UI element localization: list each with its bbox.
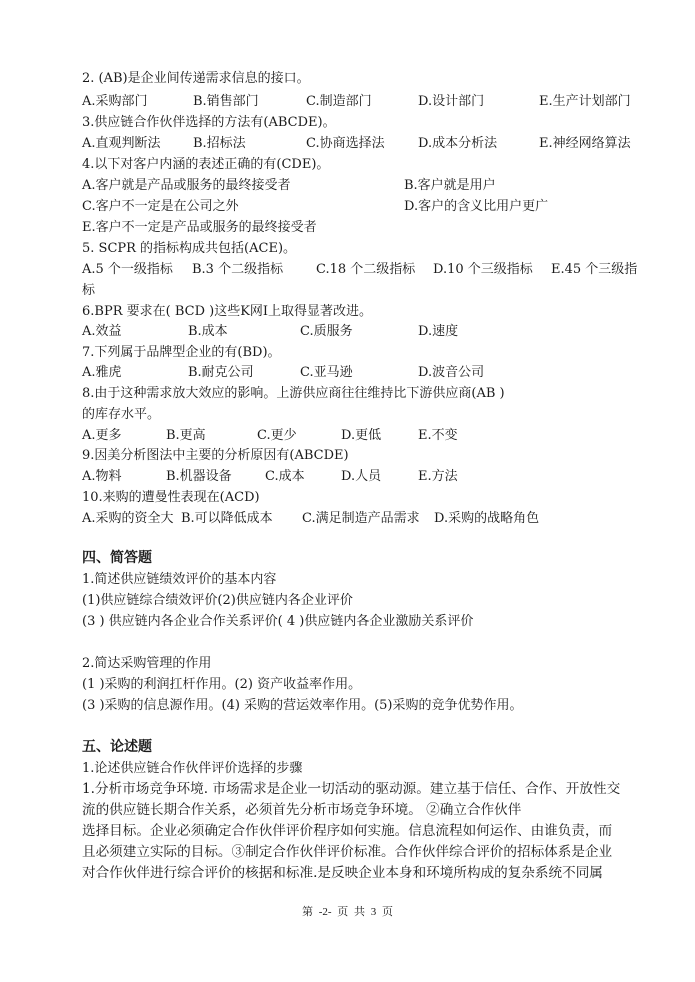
- section-5-q1-title: 1.论述供应链合作伙伴评价选择的步骤: [82, 760, 302, 777]
- question-9-option-d: D.人员: [341, 468, 381, 485]
- question-8-option-c: C.更少: [257, 427, 297, 444]
- question-8-option-a: A.更多: [82, 427, 122, 444]
- question-2-option-b: B.销售部门: [193, 93, 259, 110]
- question-5-option-e-wrap: 标: [82, 282, 95, 299]
- page-number-footer: 第 -2- 页 共 3 页: [0, 905, 695, 919]
- section-5-q1-answer-line-4: 且必须建立实际的目标。③制定合作伙伴评价标准。合作伙伴综合评价的招标体系是企业: [82, 844, 642, 861]
- question-2-option-e: E.生产计划部门: [539, 93, 631, 110]
- question-5-option-b: B.3 个二级指标: [192, 261, 283, 278]
- question-7-stem: 7.下列属于品牌型企业的有(BD)。: [82, 344, 281, 361]
- section-5-q1-answer-line-2: 流的供应链长期合作关系，必须首先分析市场竞争环境。 ②确立合作伙伴: [82, 802, 642, 819]
- question-6-option-d: D.速度: [418, 323, 458, 340]
- section-4-q1-title: 1.简述供应链绩效评价的基本内容: [82, 571, 276, 588]
- question-4-option-a: A.客户就是产品或服务的最终接受者: [82, 177, 291, 194]
- section-4-q2-answer-line-1: (1 )采购的利润扛杆作用。(2) 资产收益率作用。: [82, 676, 361, 693]
- question-6-option-c: C.质服务: [300, 323, 353, 340]
- question-6-option-a: A.效益: [82, 323, 122, 340]
- question-3-option-b: B.招标法: [193, 135, 246, 152]
- question-10-option-c: C.满足制造产品需求: [302, 510, 420, 527]
- question-10-option-b: B.可以降低成本: [181, 510, 273, 527]
- section-4-q2-title: 2.简达采购管理的作用: [82, 655, 211, 672]
- question-6-option-b: B.成本: [188, 323, 228, 340]
- question-9-option-b: B.机器设备: [166, 468, 232, 485]
- question-4-option-d: D.客户的含义比用户更广: [404, 198, 548, 215]
- question-3-stem: 3.供应链合作伙伴选择的方法有(ABCDE)。: [82, 114, 336, 131]
- question-9-option-a: A.物料: [82, 468, 122, 485]
- question-7-option-b: B.耐克公司: [188, 364, 254, 381]
- section-4-q1-answer-line-2: (3 ) 供应链内各企业合作关系评价( 4 )供应链内各企业激励关系评价: [82, 613, 473, 630]
- document-page: 2. (AB)是企业间传递需求信息的接口。 A.采购部门 B.销售部门 C.制造…: [0, 0, 695, 982]
- question-8-stem: 8.由于这种需求放大效应的影响。上游供应商往往维持比下游供应商(AB ): [82, 385, 505, 402]
- section-5-q1-answer-line-5: 对合作伙伴进行综合评价的核据和标准.是反映企业本身和环境所构成的复杂系统不同属: [82, 865, 642, 882]
- question-7-option-a: A.雅虎: [82, 364, 122, 381]
- question-4-option-b: B.客户就是用户: [404, 177, 496, 194]
- question-2-option-d: D.设计部门: [418, 93, 484, 110]
- section-4-heading: 四、简答题: [82, 549, 152, 567]
- section-4-q1-answer-line-1: (1)供应链综合绩效评价(2)供应链内各企业评价: [82, 592, 353, 609]
- question-8-stem-continued: 的库存水平。: [82, 406, 160, 423]
- question-5-option-e: E.45 个三级指: [551, 261, 637, 278]
- section-4-q2-answer-line-2: (3 )采购的信息源作用。(4) 采购的营运效率作用。(5)采购的竞争优势作用。: [82, 697, 523, 714]
- question-3-option-d: D.成本分析法: [418, 135, 497, 152]
- question-6-stem: 6.BPR 要求在( BCD )这些K网I上取得显著改进。: [82, 303, 372, 320]
- question-2-option-c: C.制造部门: [306, 93, 372, 110]
- question-8-option-d: D.更低: [341, 427, 381, 444]
- question-7-option-c: C.亚马逊: [300, 364, 353, 381]
- question-3-option-e: E.神经网络算法: [539, 135, 631, 152]
- question-7-option-d: D.波音公司: [418, 364, 484, 381]
- section-5-heading: 五、论述题: [82, 738, 152, 756]
- question-5-stem: 5. SCPR 的指标构成共包括(ACE)。: [82, 240, 296, 257]
- question-8-option-b: B.更高: [166, 427, 206, 444]
- question-4-option-e: E.客户不一定是产品或服务的最终接受者: [82, 219, 317, 236]
- question-3-option-a: A.直观判断法: [82, 135, 161, 152]
- question-2-option-a: A.采购部门: [82, 93, 148, 110]
- question-5-option-c: C.18 个二级指标: [316, 261, 415, 278]
- question-10-option-a: A.采购的资全大: [82, 510, 174, 527]
- section-5-q1-answer-line-1: 1.分析市场竞争环境. 市场需求是企业一切活动的驱动源。建立基于信任、合作、开放…: [82, 781, 642, 798]
- question-3-option-c: C.协商选择法: [306, 135, 385, 152]
- question-5-option-a: A.5 个一级指标: [82, 261, 173, 278]
- question-2-stem: 2. (AB)是企业间传递需求信息的接口。: [82, 70, 310, 87]
- question-5-option-d: D.10 个三级指标: [433, 261, 533, 278]
- question-9-option-c: C.成本: [265, 468, 305, 485]
- question-4-option-c: C.客户不一定是在公司之外: [82, 198, 239, 215]
- question-10-option-d: D.采购的战略角色: [434, 510, 539, 527]
- question-9-stem: 9.因美分析图法中主要的分析原因有(ABCDE): [82, 447, 349, 464]
- question-9-option-e: E.方法: [418, 468, 458, 485]
- section-5-q1-answer-line-3: 选择目标。企业必须确定合作伙伴评价程序如何实施。信息流程如何运作、由谁负责，而: [82, 823, 642, 840]
- question-8-option-e: E.不变: [418, 427, 458, 444]
- question-4-stem: 4.以下对客户内涵的表述正确的有(CDE)。: [82, 156, 329, 173]
- question-10-stem: 10.来购的遭曼性表现在(ACD): [82, 489, 260, 506]
